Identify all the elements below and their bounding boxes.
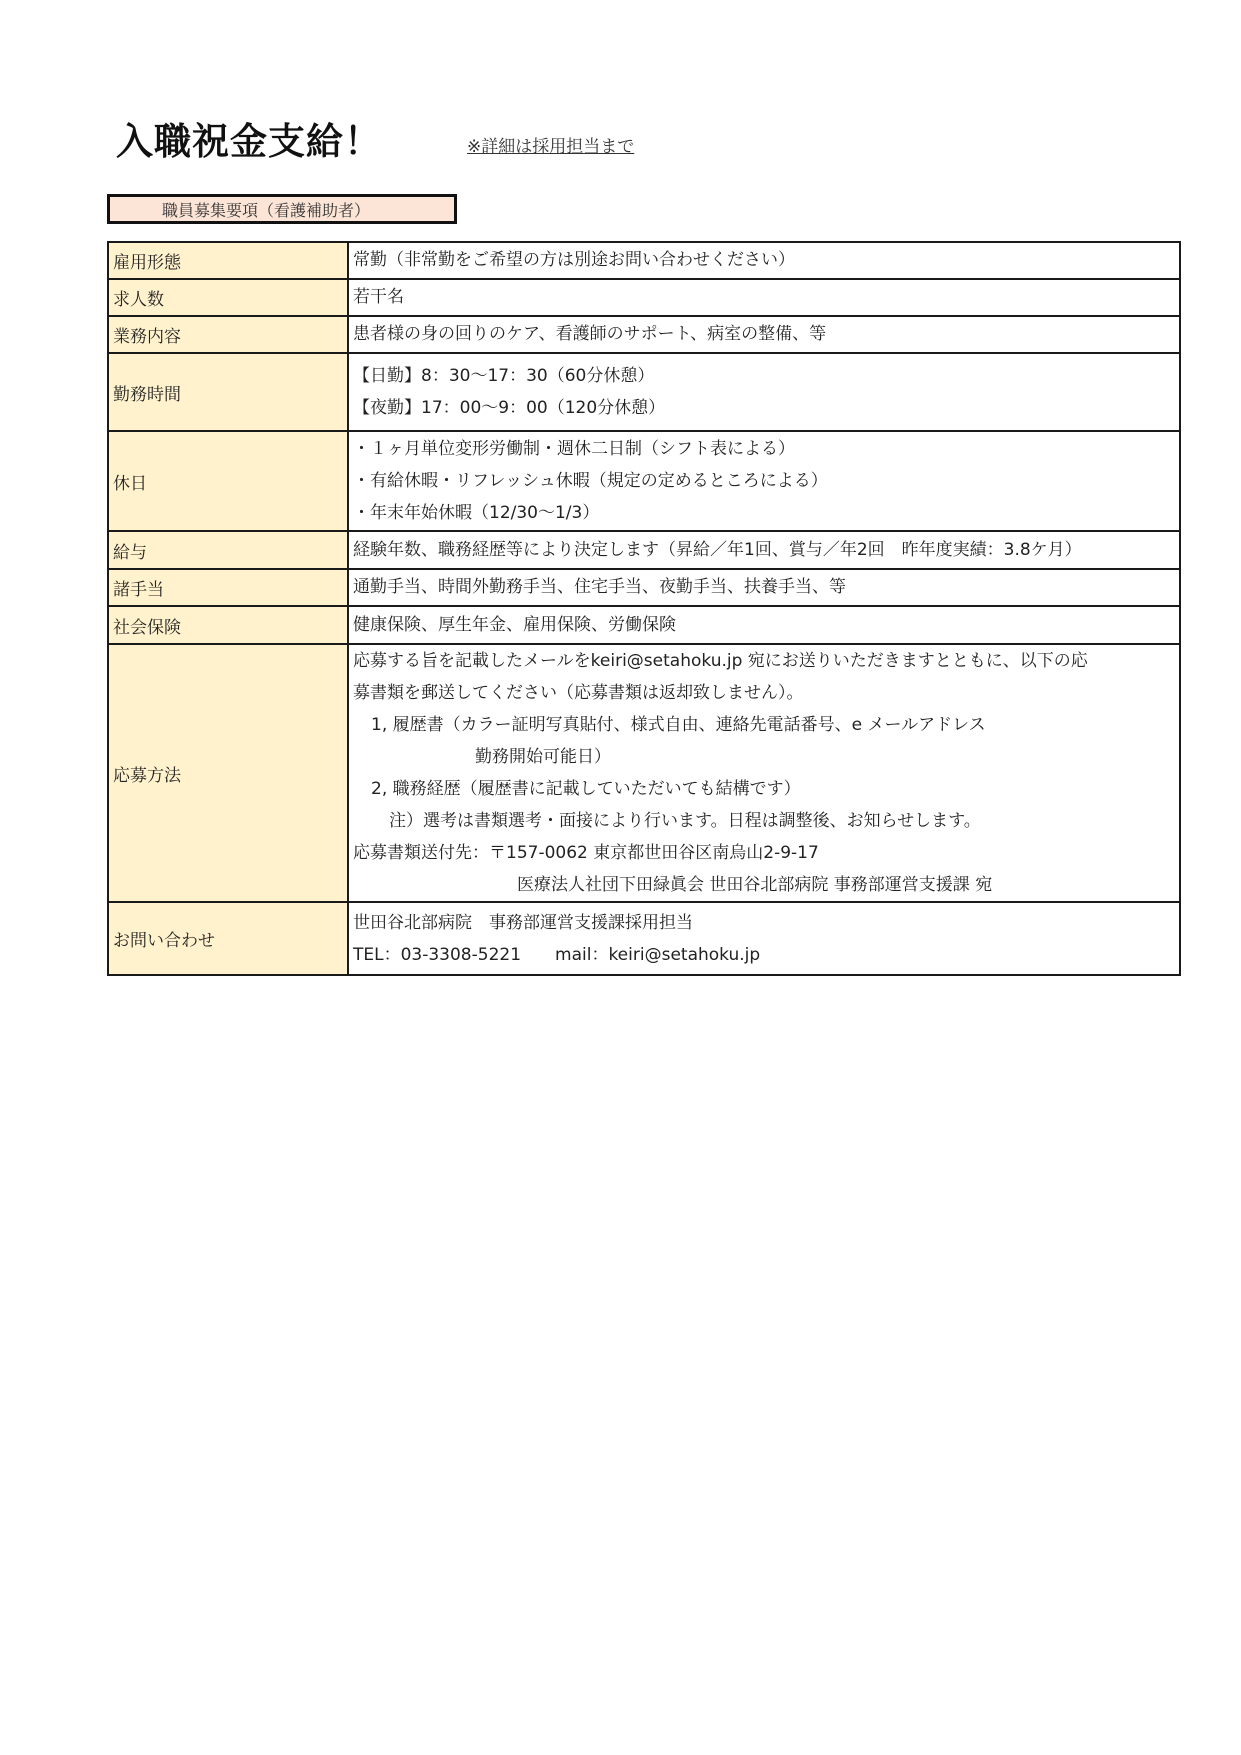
- selection-note: 注）選考は書類選考・面接により行います。日程は調整後、お知らせします。: [353, 805, 1175, 837]
- value-line: 募書類を郵送してください（応募書類は返却致しません）。: [353, 677, 1175, 709]
- row-label: 休日: [108, 431, 348, 531]
- row-value: 経験年数、職務経歴等により決定します（昇給／年1回、賞与／年2回 昨年度実績：3…: [348, 531, 1180, 569]
- list-item-resume: 1, 履歴書（カラー証明写真貼付、様式自由、連絡先電話番号、e メールアドレス: [353, 709, 1175, 741]
- recruitment-table: 雇用形態 常勤（非常勤をご希望の方は別途お問い合わせください） 求人数 若干名 …: [107, 241, 1181, 976]
- row-value: 患者様の身の回りのケア、看護師のサポート、病室の整備、等: [348, 316, 1180, 353]
- row-value: 健康保険、厚生年金、雇用保険、労働保険: [348, 606, 1180, 644]
- row-value: 常勤（非常勤をご希望の方は別途お問い合わせください）: [348, 242, 1180, 279]
- value-line: 【日勤】8：30〜17：30（60分休憩）: [353, 360, 1175, 392]
- details-note-link[interactable]: ※詳細は採用担当まで: [467, 132, 634, 157]
- value-line: 若干名: [353, 281, 1175, 314]
- value-line: 【夜勤】17：00〜9：00（120分休憩）: [353, 392, 1175, 424]
- page-title: 入職祝金支給！: [116, 118, 382, 166]
- row-value: 通勤手当、時間外勤務手当、住宅手当、夜勤手当、扶養手当、等: [348, 569, 1180, 606]
- value-line: 応募する旨を記載したメールをkeiri@setahoku.jp 宛にお送りいただ…: [353, 645, 1175, 677]
- value-line: 患者様の身の回りのケア、看護師のサポート、病室の整備、等: [353, 318, 1175, 351]
- table-row-salary: 給与 経験年数、職務経歴等により決定します（昇給／年1回、賞与／年2回 昨年度実…: [108, 531, 1180, 569]
- row-value: 応募する旨を記載したメールをkeiri@setahoku.jp 宛にお送りいただ…: [348, 644, 1180, 902]
- row-label: 諸手当: [108, 569, 348, 606]
- row-value: 【日勤】8：30〜17：30（60分休憩） 【夜勤】17：00〜9：00（120…: [348, 353, 1180, 431]
- contact-department: 世田谷北部病院 事務部運営支援課採用担当: [353, 907, 1175, 939]
- section-heading: 職員募集要項（看護補助者）: [107, 194, 457, 224]
- row-value: 若干名: [348, 279, 1180, 316]
- value-line: 常勤（非常勤をご希望の方は別途お問い合わせください）: [353, 244, 1175, 277]
- table-row-openings: 求人数 若干名: [108, 279, 1180, 316]
- mailing-recipient: 医療法人社団下田緑眞会 世田谷北部病院 事務部運営支援課 宛: [353, 869, 1175, 901]
- list-item-work-history: 2, 職務経歴（履歴書に記載していただいても結構です）: [353, 773, 1175, 805]
- row-label: 社会保険: [108, 606, 348, 644]
- table-row-allowances: 諸手当 通勤手当、時間外勤務手当、住宅手当、夜勤手当、扶養手当、等: [108, 569, 1180, 606]
- value-line: ・１ヶ月単位変形労働制・週休二日制（シフト表による）: [353, 433, 1175, 465]
- list-item-resume-continued: 勤務開始可能日）: [353, 741, 1175, 773]
- contact-phone-email: TEL：03-3308-5221 mail：keiri@setahoku.jp: [353, 939, 1175, 971]
- row-label: 業務内容: [108, 316, 348, 353]
- row-value: ・１ヶ月単位変形労働制・週休二日制（シフト表による） ・有給休暇・リフレッシュ休…: [348, 431, 1180, 531]
- row-label: 勤務時間: [108, 353, 348, 431]
- row-label: 給与: [108, 531, 348, 569]
- row-label: お問い合わせ: [108, 902, 348, 975]
- mailing-address: 応募書類送付先：〒157-0062 東京都世田谷区南烏山2-9-17: [353, 837, 1175, 869]
- table-row-employment-type: 雇用形態 常勤（非常勤をご希望の方は別途お問い合わせください）: [108, 242, 1180, 279]
- table-row-holidays: 休日 ・１ヶ月単位変形労働制・週休二日制（シフト表による） ・有給休暇・リフレッ…: [108, 431, 1180, 531]
- value-line: 通勤手当、時間外勤務手当、住宅手当、夜勤手当、扶養手当、等: [353, 571, 1175, 604]
- table-row-working-hours: 勤務時間 【日勤】8：30〜17：30（60分休憩） 【夜勤】17：00〜9：0…: [108, 353, 1180, 431]
- table-row-social-insurance: 社会保険 健康保険、厚生年金、雇用保険、労働保険: [108, 606, 1180, 644]
- value-line: ・有給休暇・リフレッシュ休暇（規定の定めるところによる）: [353, 465, 1175, 497]
- table-row-duties: 業務内容 患者様の身の回りのケア、看護師のサポート、病室の整備、等: [108, 316, 1180, 353]
- value-line: 健康保険、厚生年金、雇用保険、労働保険: [353, 609, 1175, 642]
- row-value: 世田谷北部病院 事務部運営支援課採用担当 TEL：03-3308-5221 ma…: [348, 902, 1180, 975]
- row-label: 雇用形態: [108, 242, 348, 279]
- table-row-contact: お問い合わせ 世田谷北部病院 事務部運営支援課採用担当 TEL：03-3308-…: [108, 902, 1180, 975]
- row-label: 応募方法: [108, 644, 348, 902]
- row-label: 求人数: [108, 279, 348, 316]
- table-row-application-method: 応募方法 応募する旨を記載したメールをkeiri@setahoku.jp 宛にお…: [108, 644, 1180, 902]
- value-line: ・年末年始休暇（12/30〜1/3）: [353, 497, 1175, 529]
- value-line: 経験年数、職務経歴等により決定します（昇給／年1回、賞与／年2回 昨年度実績：3…: [353, 534, 1175, 567]
